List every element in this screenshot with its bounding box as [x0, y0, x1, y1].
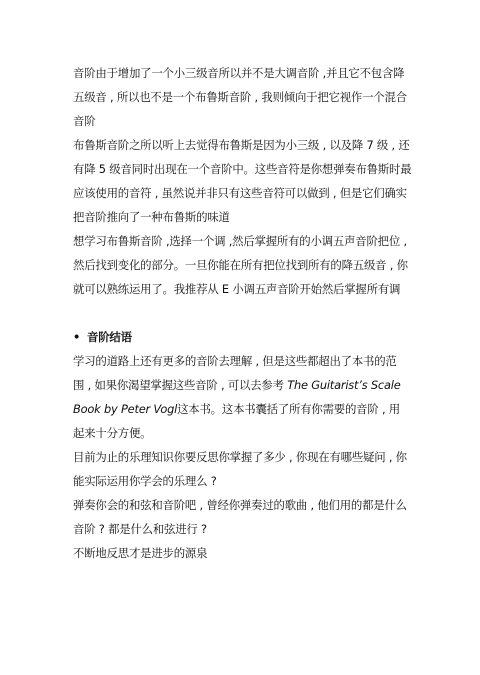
- text-span: 这本书。这本书囊括了所有你需要的音阶 , 用: [177, 402, 400, 416]
- text-line: 音阶 ? 都是什么和弦进行 ?: [73, 517, 413, 541]
- book-title: Book by Peter Vogl: [73, 402, 177, 416]
- text-line: 布鲁斯音阶之所以听上去觉得布鲁斯是因为小三级 , 以及降 7 级 , 还: [73, 133, 413, 157]
- text-line: 然后找到变化的部分。一旦你能在所有把位找到所有的降五级音 , 你: [73, 253, 413, 277]
- text-line: 有降 5 级音同时出现在一个音阶中。这些音符是你想弹奏布鲁斯时最: [73, 157, 413, 181]
- text-line: 起来十分方便。: [73, 421, 413, 445]
- text-line: 能实际运用你学会的乐理么 ?: [73, 469, 413, 493]
- book-title: The Guitarist’s Scale: [287, 378, 400, 392]
- text-line: 围 , 如果你渴望掌握这些音阶 , 可以去参考 The Guitarist’s …: [73, 373, 413, 397]
- text-line: 学习的道路上还有更多的音阶去理解 , 但是这些都超出了本书的范: [73, 349, 413, 373]
- text-line: 就可以熟练运用了。我推荐从 E 小调五声音阶开始然后掌握所有调: [73, 277, 413, 301]
- text-line: 把音阶推向了一种布鲁斯的味道: [73, 205, 413, 229]
- paragraph-further-reading: 学习的道路上还有更多的音阶去理解 , 但是这些都超出了本书的范 围 , 如果你渴…: [73, 349, 413, 445]
- text-line: 音阶: [73, 109, 413, 133]
- text-line: 不断地反思才是进步的源泉: [73, 541, 413, 565]
- document-page: 音阶由于增加了一个小三级音所以并不是大调音阶 ,并且它不包含降 五级音 , 所以…: [73, 61, 413, 565]
- paragraph-practice: 弹奏你会的和弦和音阶吧 , 曾经你弹奏过的歌曲 , 他们用的都是什么 音阶 ? …: [73, 493, 413, 541]
- spacer: [73, 301, 413, 325]
- text-line: 应该使用的音符 , 虽然说并非只有这些音符可以做到 , 但是它们确实: [73, 181, 413, 205]
- text-span: 围 , 如果你渴望掌握这些音阶 , 可以去参考: [73, 378, 287, 392]
- paragraph-blues-explanation: 布鲁斯音阶之所以听上去觉得布鲁斯是因为小三级 , 以及降 7 级 , 还 有降 …: [73, 133, 413, 229]
- paragraph-closing: 不断地反思才是进步的源泉: [73, 541, 413, 565]
- paragraph-mixed-scale: 音阶由于增加了一个小三级音所以并不是大调音阶 ,并且它不包含降 五级音 , 所以…: [73, 61, 413, 133]
- bullet-icon: •: [73, 325, 87, 349]
- text-line: Book by Peter Vogl这本书。这本书囊括了所有你需要的音阶 , 用: [73, 397, 413, 421]
- text-line: 音阶由于增加了一个小三级音所以并不是大调音阶 ,并且它不包含降: [73, 61, 413, 85]
- section-heading: •音阶结语: [73, 325, 413, 349]
- text-line: 目前为止的乐理知识你要反思你掌握了多少 , 你现在有哪些疑问 , 你: [73, 445, 413, 469]
- text-line: 五级音 , 所以也不是一个布鲁斯音阶 , 我则倾向于把它视作一个混合: [73, 85, 413, 109]
- paragraph-reflection: 目前为止的乐理知识你要反思你掌握了多少 , 你现在有哪些疑问 , 你 能实际运用…: [73, 445, 413, 493]
- heading-text: 音阶结语: [87, 330, 132, 344]
- text-line: 弹奏你会的和弦和音阶吧 , 曾经你弹奏过的歌曲 , 他们用的都是什么: [73, 493, 413, 517]
- text-line: 想学习布鲁斯音阶 ,选择一个调 ,然后掌握所有的小调五声音阶把位 ,: [73, 229, 413, 253]
- paragraph-learning-advice: 想学习布鲁斯音阶 ,选择一个调 ,然后掌握所有的小调五声音阶把位 , 然后找到变…: [73, 229, 413, 301]
